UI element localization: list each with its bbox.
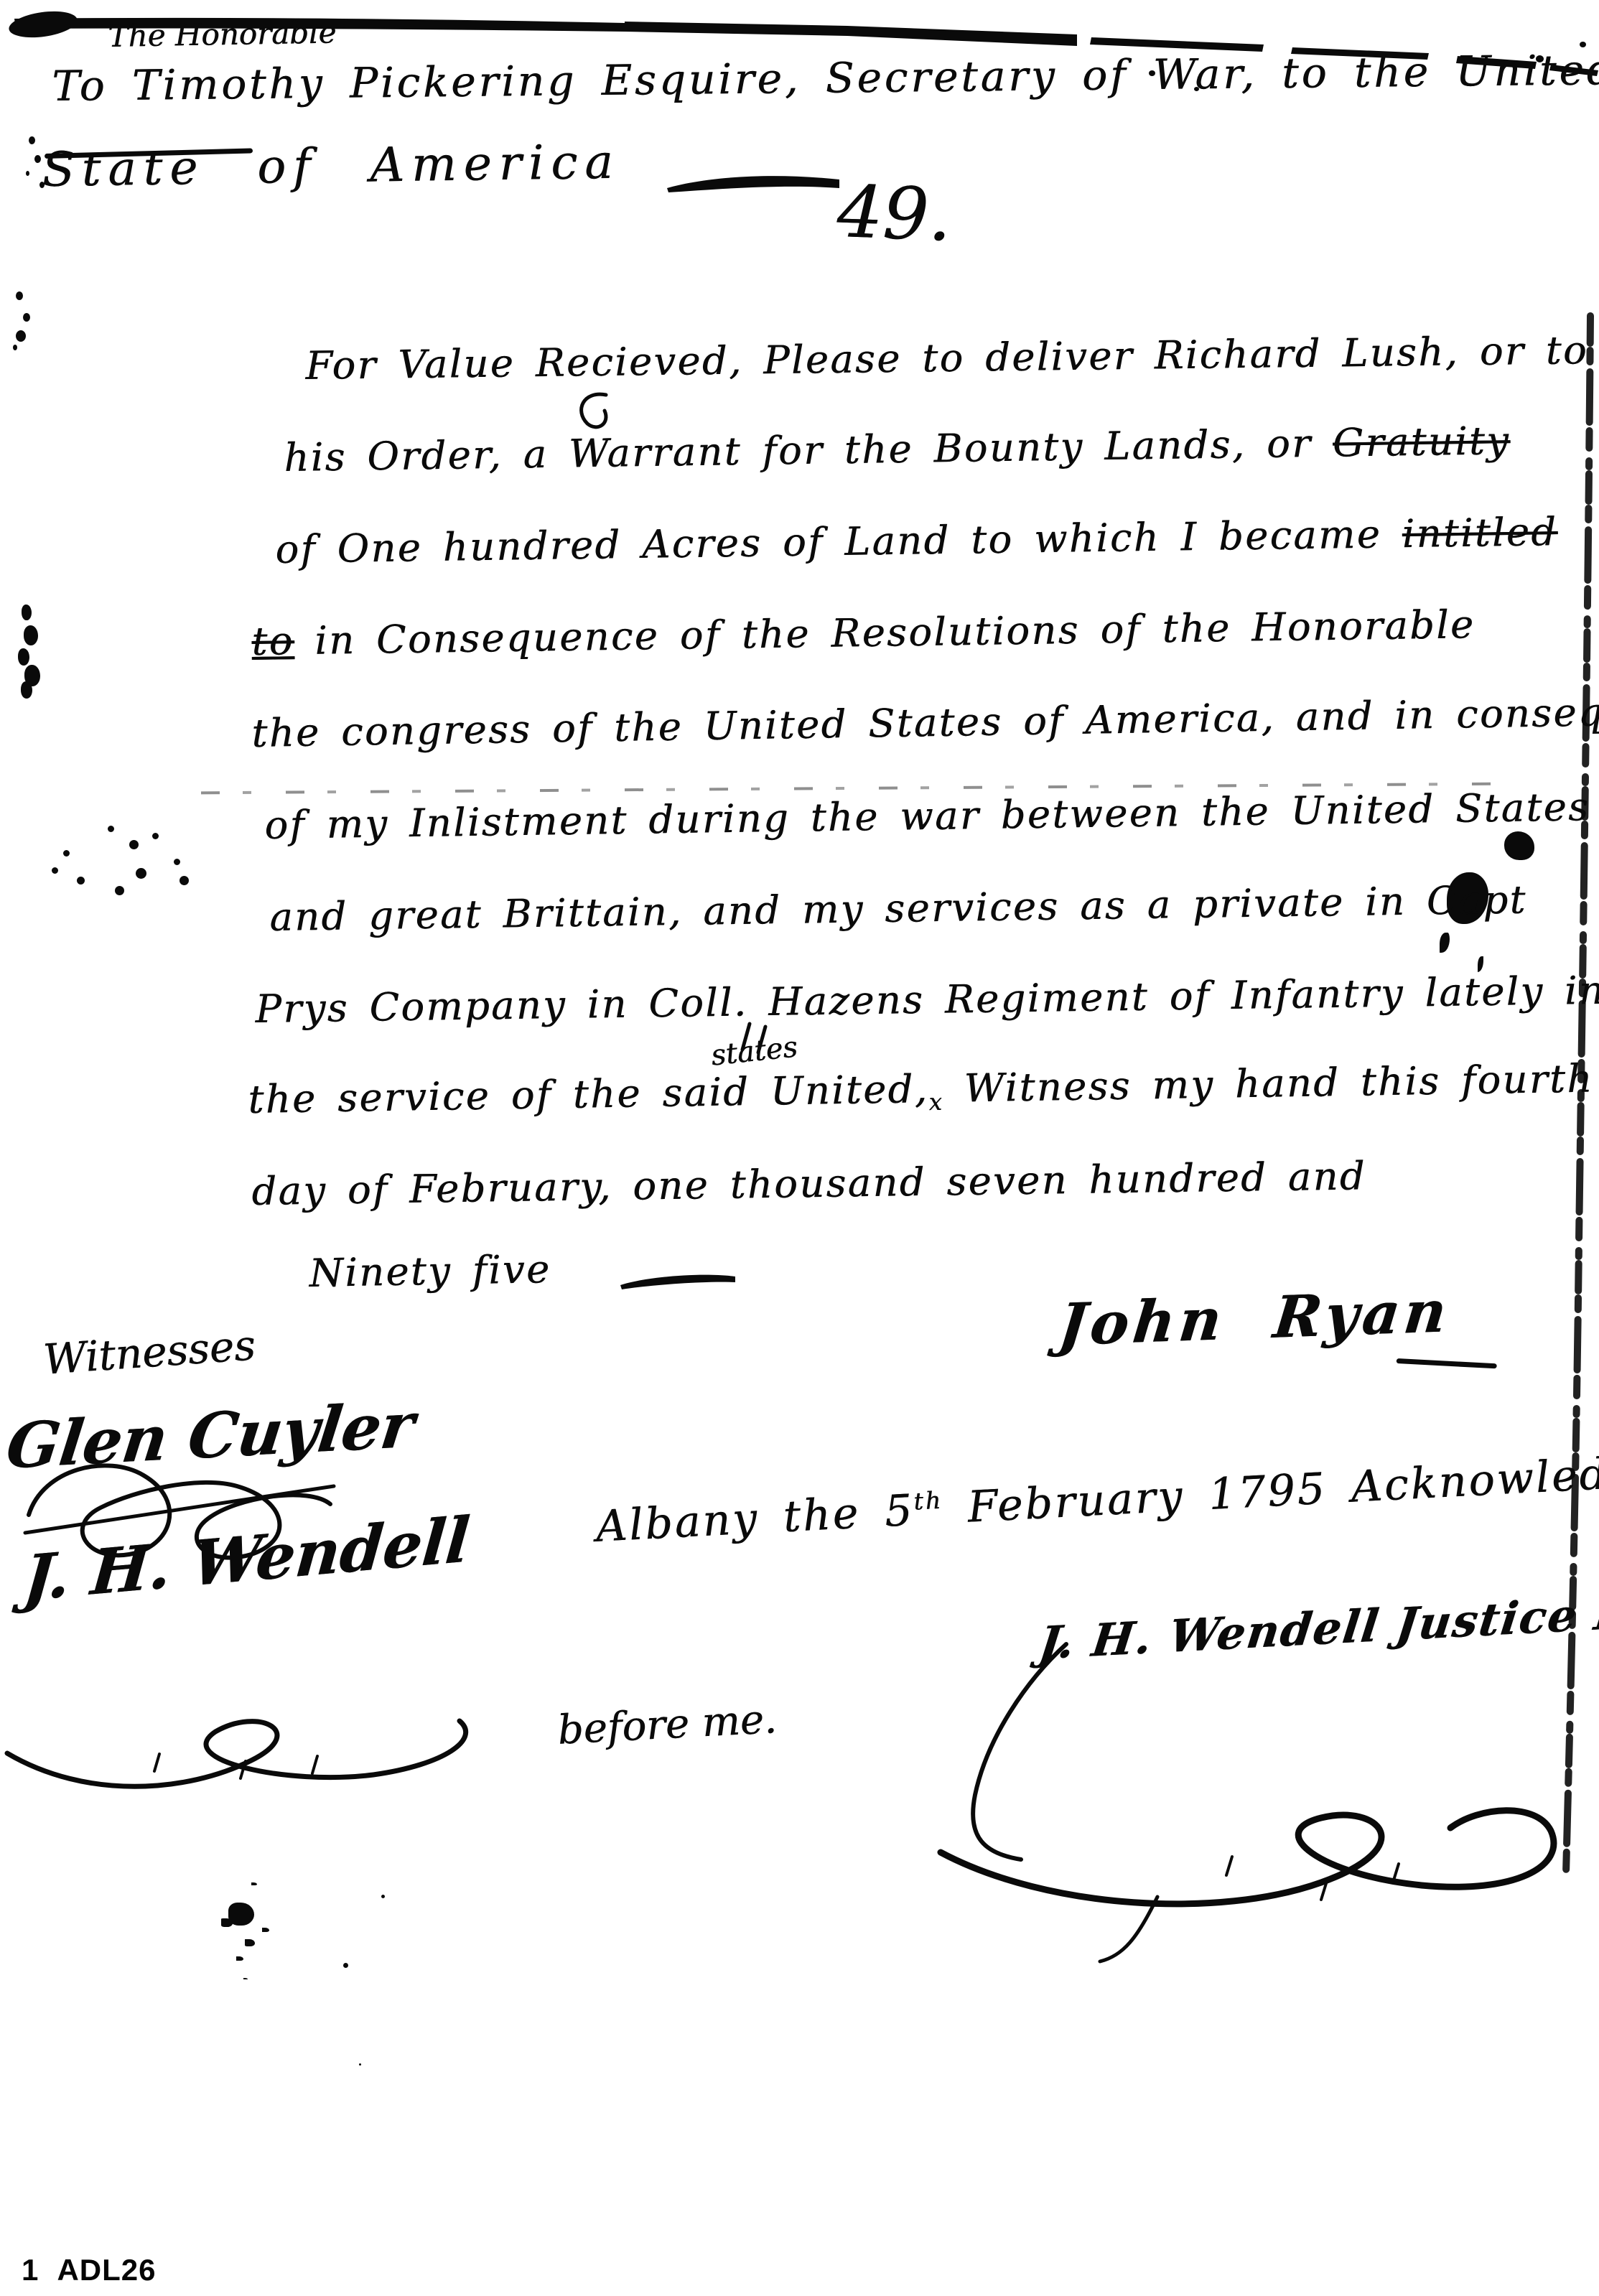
ink-speck — [343, 1963, 348, 1968]
ink-blot — [108, 826, 114, 832]
flourish-dash-after-america — [664, 171, 844, 195]
body-line-4-text: in Consequence of the Resolutions of the… — [294, 602, 1476, 663]
body-line-2: his Order, a Warrant for the Bounty Land… — [284, 418, 1511, 480]
flourish-dash-after-ninetyfive — [617, 1271, 740, 1292]
acknowledgment-line2: before me. — [556, 1696, 778, 1754]
page-number: 49. — [836, 169, 953, 257]
body-line-3: of One hundred Acres of Land to which I … — [275, 509, 1558, 572]
insertion-curl-mark — [569, 386, 619, 444]
ink-blot — [16, 291, 23, 300]
body-line-2-text: his Order, a Warrant for the Bounty Land… — [284, 421, 1333, 480]
struck-word-to: to — [251, 618, 294, 664]
struck-word-gratuity: Gratuity — [1333, 418, 1511, 465]
body-line-4: to in Consequence of the Resolutions of … — [251, 602, 1476, 664]
body-line-9: the service of the said United,x Witness… — [248, 1056, 1594, 1122]
body-line-3-text: of One hundred Acres of Land to which I … — [275, 511, 1402, 572]
header-address-line2: State of America — [42, 134, 620, 197]
body-line-10: day of February, one thousand seven hund… — [251, 1153, 1366, 1214]
wendell-figure-eight-flourish — [0, 1703, 495, 1811]
body-line-1: For Value Recieved, Please to deliver Ri… — [305, 327, 1588, 388]
caret-letter: x — [928, 1088, 943, 1116]
justice-figure-eight-flourish — [919, 1637, 1594, 1967]
signature-john-ryan: John Ryan — [1055, 1277, 1454, 1358]
ack-rest: February 1795 Acknowledged — [942, 1445, 1599, 1534]
body-line-11: Ninety five — [309, 1246, 551, 1296]
body-line-7: and great Brittain, and my services as a… — [269, 877, 1527, 940]
header-honorable: The Honorable — [108, 14, 337, 54]
document-page: The Honorable To Timothy Pickering Esqui… — [0, 0, 1599, 2296]
acknowledgment-line1: Albany the 5th February 1795 Acknowledge… — [595, 1445, 1599, 1552]
caret-tick-marks — [740, 1018, 771, 1054]
body-line-5: the congress of the United States of Ame… — [251, 688, 1599, 756]
ink-blot — [228, 1903, 254, 1926]
signature-tail-swash — [1397, 1358, 1497, 1368]
body-line-9-text-end: Witness my hand this fourth — [943, 1056, 1594, 1111]
body-line-9-text: the service of the said United, — [248, 1066, 929, 1122]
ink-blot — [22, 605, 32, 620]
ack-ordinal-sup: th — [913, 1485, 943, 1515]
struck-word-intitled: intitled — [1402, 509, 1557, 556]
ink-blot — [29, 136, 35, 144]
footer-reference-label: 1 ADL26 — [22, 2253, 157, 2287]
body-line-6: of my Inlistment during the war between … — [264, 784, 1590, 848]
ink-blot — [1504, 831, 1534, 860]
ack-place-date: Albany the 5 — [595, 1485, 915, 1552]
witnesses-label: Witnesses — [42, 1320, 257, 1383]
body-line-8: Prys Company in Coll. Hazens Regiment of… — [255, 968, 1599, 1032]
